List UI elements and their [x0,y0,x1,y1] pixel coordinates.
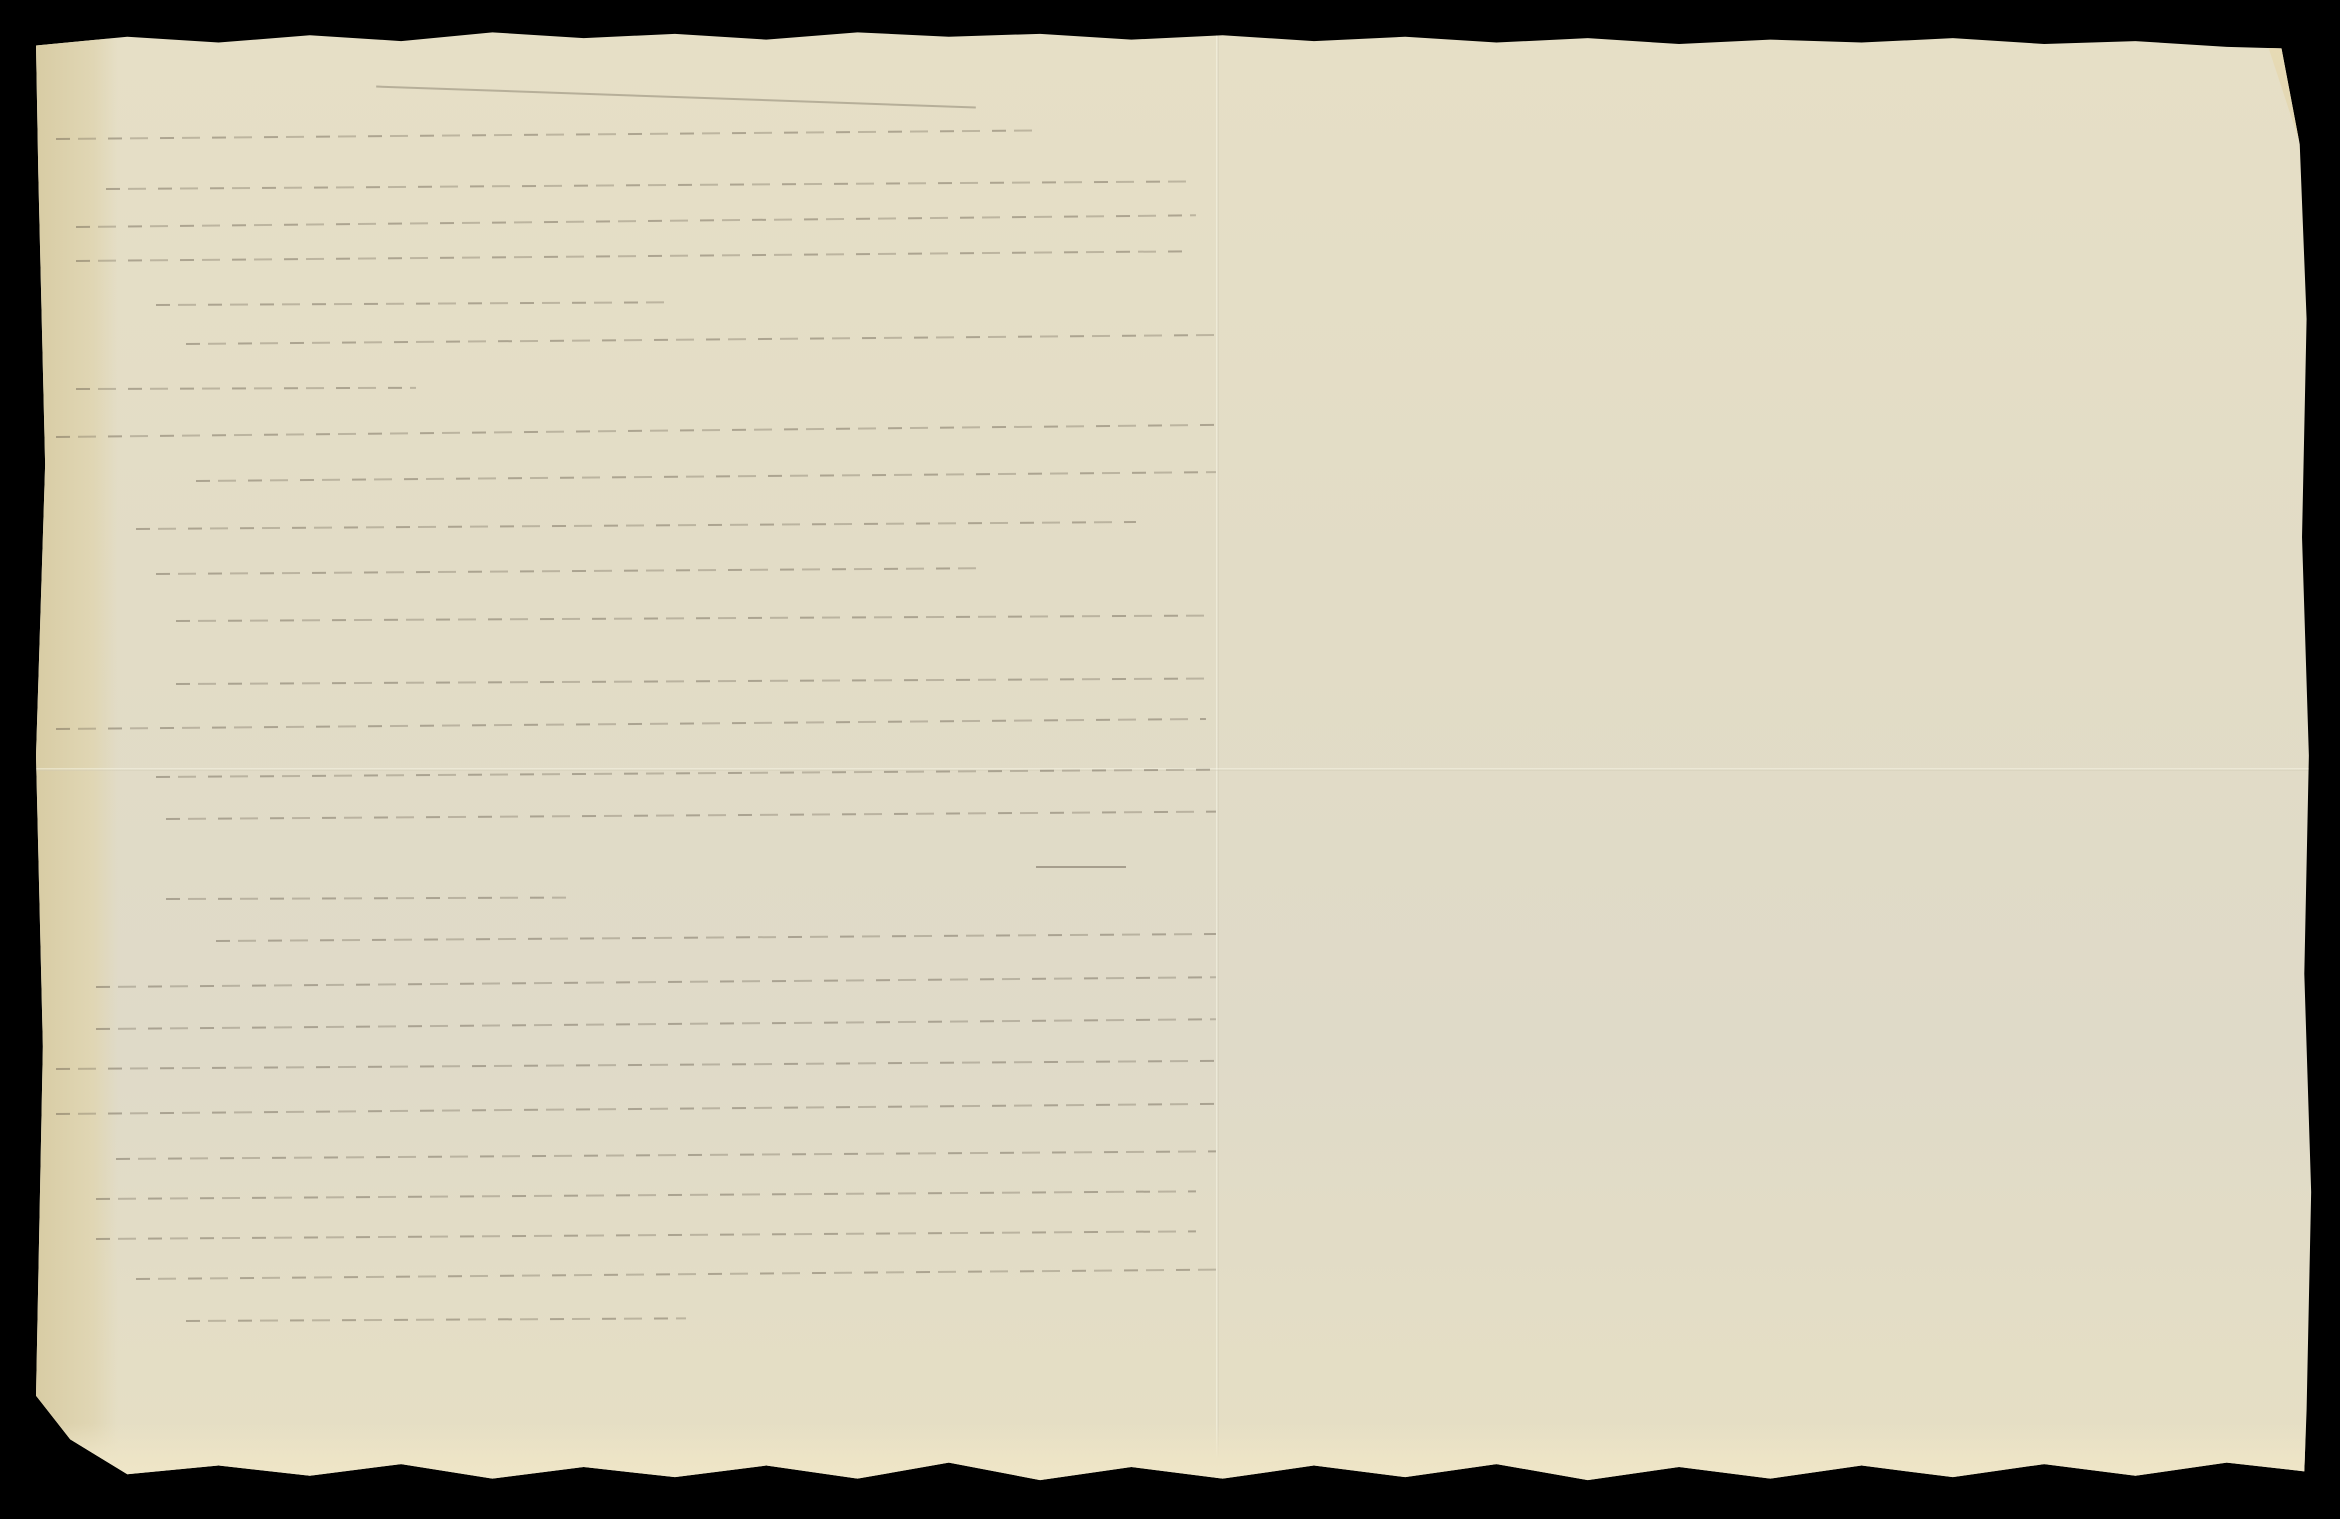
bleed-through-handwriting [36,28,1216,1483]
handwriting-line [76,214,1196,228]
heading-underline [376,86,976,109]
handwriting-line [156,301,676,306]
handwriting-line [96,1190,1196,1200]
handwriting-line [76,387,416,390]
handwriting-line [76,250,1186,262]
paper-bottom-edge [36,1423,2318,1483]
handwriting-line [56,1103,1216,1115]
handwriting-line [136,1269,1216,1280]
handwriting-line [96,1018,1216,1030]
handwriting-line [116,1150,1216,1160]
handwriting-line [156,769,1216,778]
handwriting-line [176,615,1206,622]
handwriting-line [176,678,1216,685]
center-fold-line [1216,28,1219,1483]
handwriting-line [196,471,1216,482]
manuscript-sheet [36,28,2318,1483]
handwriting-line [96,976,1216,988]
handwriting-line [106,180,1186,190]
handwriting-line [216,933,1216,942]
handwriting-line [56,718,1206,730]
handwriting-line [186,334,1216,345]
handwriting-line [166,811,1216,820]
handwriting-line [56,1060,1216,1070]
section-divider-mark [1036,866,1126,868]
handwriting-line [156,567,976,575]
handwriting-line [56,129,1036,140]
handwriting-line [166,897,566,900]
handwriting-line [96,1230,1196,1240]
handwriting-line [56,424,1216,438]
handwriting-line [136,521,1136,530]
handwriting-line [186,1317,686,1322]
folded-corner [2248,28,2318,198]
